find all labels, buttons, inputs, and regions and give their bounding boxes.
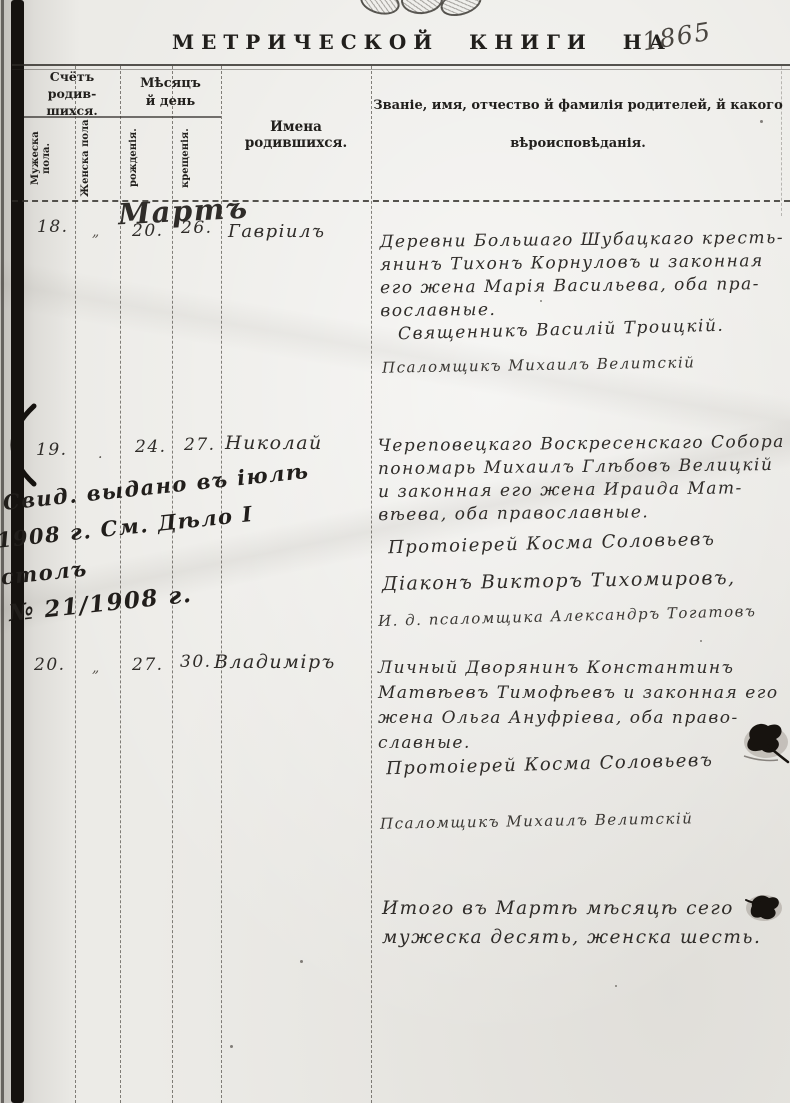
col-line-names-parents — [371, 66, 372, 1103]
monthly-total: Итого въ Мартѣ мѣсяцѣ сего мужеска десят… — [382, 894, 761, 952]
monthly-total-line: мужеска десять, женска шесть. — [382, 923, 761, 952]
seal-fragment-icon — [400, 0, 444, 16]
row20-parents-text: Личный Дворянинъ Константинъ Матвѣевъ Ти… — [378, 656, 779, 756]
header-count-line2: шихся. — [46, 102, 97, 119]
row18-psalmist-signature: Псаломщикъ Михаилъ Велитскій — [382, 353, 696, 376]
row20-psalmist-signature: Псаломщикъ Михаилъ Велитскій — [380, 809, 694, 832]
header-date-line1: Мѣсяцъ — [140, 75, 201, 93]
row19-baptism-day: 27. — [184, 435, 216, 455]
row20-parents-line: жена Ольга Ануфріева, оба право- — [378, 706, 779, 731]
header-count-group: Счётъ родив- шихся. — [24, 70, 120, 116]
row20-parents-line: Матвѣевъ Тимофѣевъ и законная его — [378, 681, 779, 706]
page-title: МЕТРИЧЕСКОЙ КНИГИ НА — [172, 30, 672, 54]
ink-speck — [540, 300, 542, 302]
row18-birth-day: 20. — [132, 221, 164, 241]
row18-baptism-day: 26. — [181, 218, 213, 238]
row19-female-mark: . — [98, 446, 104, 462]
ink-blot — [744, 890, 786, 928]
row19-number: 19. — [36, 440, 68, 460]
row18-female-mark: „ — [92, 224, 101, 240]
ink-speck — [615, 985, 617, 987]
row19-parents-text: Череповецкаго Воскресенскаго Собора поно… — [378, 431, 786, 527]
header-parents: Званіе, имя, отчество й фамилія родителе… — [371, 80, 785, 170]
row18-name: Гавріилъ — [228, 221, 325, 242]
row20-baptism-day: 30. — [180, 652, 212, 672]
row18-parents-text: Деревни Большаго Шубацкаго кресть- янинъ… — [380, 227, 785, 323]
row19-birth-day: 24. — [135, 437, 167, 457]
header-birth-day: рожденія. — [128, 118, 166, 198]
row19-name: Николай — [225, 432, 323, 454]
row19-parents-line: и законная его жена Ираида Мат- — [378, 477, 785, 504]
row19-parents-line: вѣева, оба православные. — [378, 500, 785, 527]
header-date-group: Мѣсяцъ й день — [120, 70, 221, 116]
ink-speck — [760, 120, 763, 123]
header-male: Мужеска пола. — [30, 118, 70, 198]
seal-fragment-icon — [437, 0, 484, 21]
page-title-year: 1865 — [640, 17, 713, 57]
table-top-line — [12, 64, 790, 66]
row20-birth-day: 27. — [132, 655, 164, 675]
header-count-line1: Счётъ родив- — [24, 68, 120, 102]
ink-speck — [300, 960, 303, 963]
row18-number: 18. — [37, 217, 69, 237]
header-date-line2: й день — [146, 93, 195, 111]
row20-name: Владиміръ — [214, 651, 336, 673]
row19-deacon-signature: Діаконъ Викторъ Тихомировъ, — [382, 567, 736, 595]
row20-female-mark: „ — [92, 660, 101, 676]
row20-parents-line: Личный Дворянинъ Константинъ — [378, 656, 779, 681]
row18-parents-line: его жена Марія Васильева, оба пра- — [380, 273, 785, 300]
margin-note-certificate: Свид. выдано въ іюлѣ 1908 г. См. Дѣло I … — [0, 452, 325, 633]
ink-speck — [700, 640, 702, 642]
monthly-total-line: Итого въ Мартѣ мѣсяцѣ сего — [382, 894, 761, 923]
ink-speck — [230, 1045, 233, 1048]
row20-number: 20. — [34, 655, 66, 675]
header-parents-line1: Званіе, имя, отчество й фамилія родителе… — [373, 87, 783, 125]
seal-fragment-icon — [358, 0, 403, 18]
ink-blot — [738, 716, 790, 768]
header-baptism-day: крещенія. — [180, 118, 214, 198]
row19-psalmist-signature: И. д. псаломщика Александръ Тогатовъ — [378, 602, 757, 630]
header-female: Женска пола — [80, 118, 116, 198]
metrical-book-page: МЕТРИЧЕСКОЙ КНИГИ НА 1865 Счётъ родив- ш… — [0, 0, 790, 1103]
header-parents-line2: вѣроисповѣданія. — [510, 125, 646, 163]
header-names: Имена родившихся. — [221, 70, 371, 200]
row19-priest-signature: Протоіерей Косма Соловьевъ — [388, 529, 716, 559]
